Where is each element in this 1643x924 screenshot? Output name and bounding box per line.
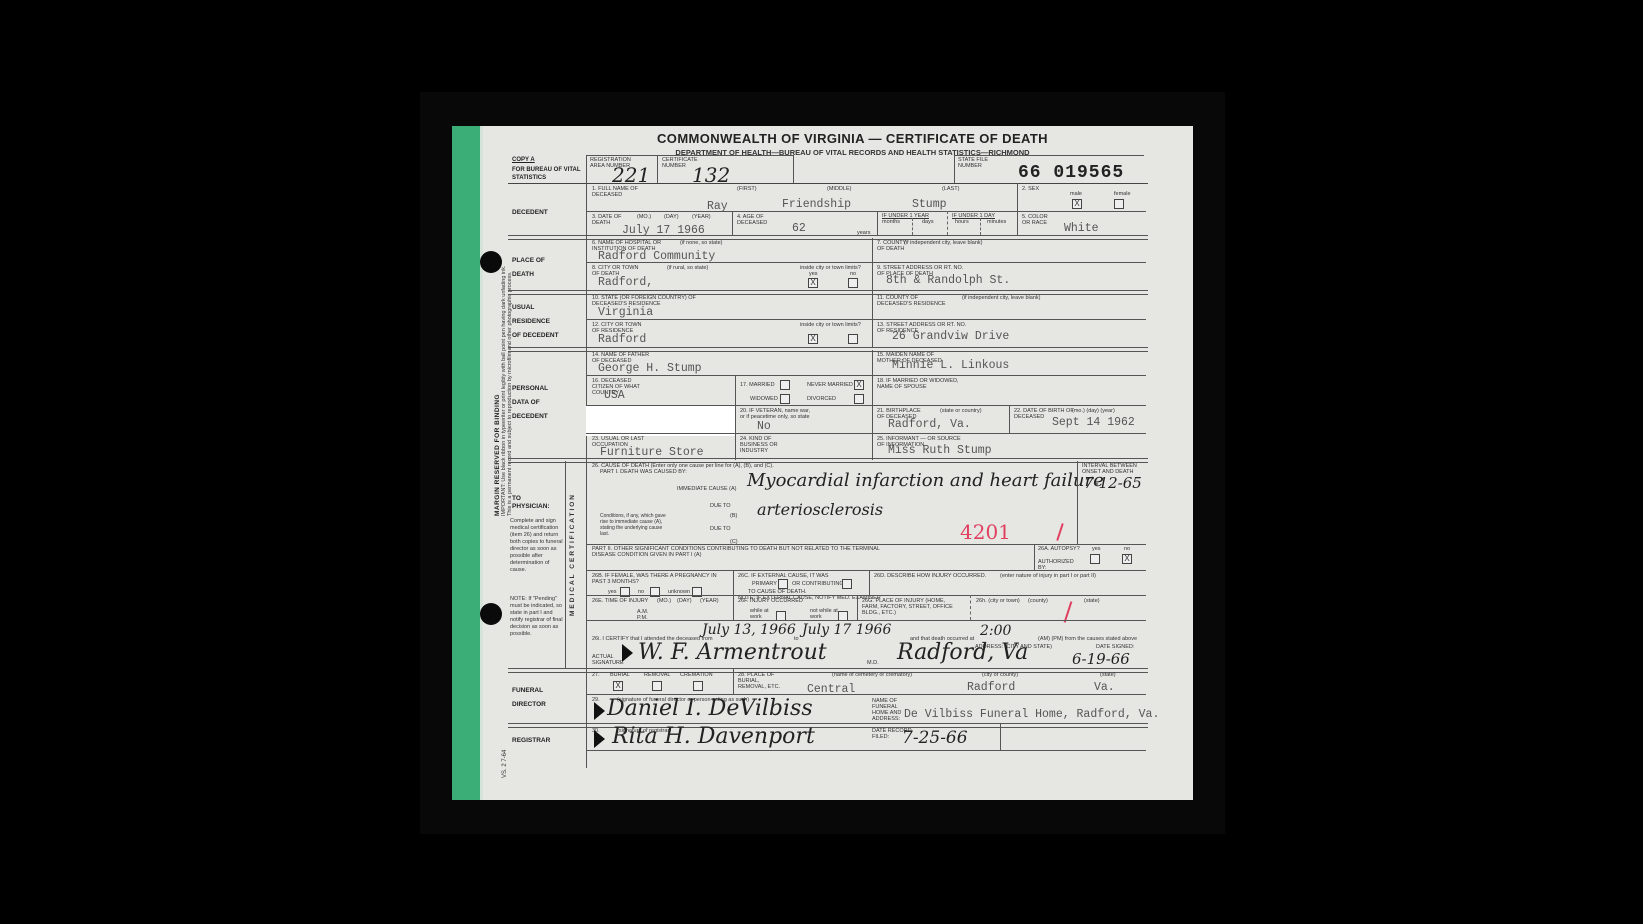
day-hint: (day): [664, 214, 679, 220]
registrar-signature: Rita H. Davenport: [612, 724, 815, 749]
state-file-label: STATE FILE NUMBER: [958, 157, 998, 169]
county-of-residence-hint: (if independent city, leave blank): [962, 295, 1040, 301]
section-funeral-director-2: DIRECTOR: [512, 698, 546, 712]
place-of-burial-label: 28. PLACE OF BURIAL, REMOVAL, ETC.: [738, 672, 783, 690]
death-inside-limits-no-checkbox[interactable]: [848, 278, 858, 288]
residence-inside-limits-no-checkbox[interactable]: [848, 334, 858, 344]
widowed-label: WIDOWED: [750, 396, 778, 402]
birthplace-hint: (state or country): [940, 408, 982, 414]
disposition-number: 27.: [592, 672, 600, 678]
sex-male-checkbox[interactable]: X: [1072, 199, 1082, 209]
not-while-at-work-label: not while at work: [810, 608, 840, 620]
race-label: 5. COLOR OR RACE: [1022, 214, 1052, 226]
injury-occurred-label: 26f. INJURY OCCURRED: [738, 598, 803, 604]
md-label: M.D.: [867, 660, 879, 666]
death-certificate: MARGIN RESERVED FOR BINDING IMPORTANT: U…: [452, 126, 1193, 800]
state-file-number: 66 019565: [1018, 163, 1124, 183]
county-of-death-hint: (if independent city, leave blank): [904, 240, 982, 246]
birthplace-value: Radford, Va.: [888, 418, 971, 431]
married-checkbox[interactable]: [780, 380, 790, 390]
business-label: 24. KIND OF BUSINESS OR INDUSTRY: [740, 436, 800, 454]
pregnancy-label: 26b. IF FEMALE, WAS THERE A PREGNANCY IN…: [592, 573, 727, 585]
sex-label: 2. SEX: [1022, 186, 1039, 192]
physician-address-value: Radford, Va: [897, 640, 1028, 665]
widowed-checkbox[interactable]: [780, 394, 790, 404]
section-registrar: REGISTRAR: [512, 734, 550, 748]
interval-value: 7-12-65: [1084, 474, 1142, 492]
contributing-label: or CONTRIBUTING: [792, 581, 844, 587]
section-usual-residence-3: OF DECEDENT: [512, 329, 559, 343]
time-of-death-value: 2:00: [980, 623, 1011, 639]
immediate-cause-label: IMMEDIATE CAUSE (A): [677, 486, 737, 492]
injury-day-hint: (day): [677, 598, 692, 604]
year-hint: (year): [692, 214, 711, 220]
burial-state-hint: (state): [1100, 672, 1116, 678]
certificate-title: COMMONWEALTH OF VIRGINIA — CERTIFICATE O…: [452, 131, 1193, 146]
burial-city-hint: (city or county): [982, 672, 1018, 678]
funeral-home-value: De Vilbiss Funeral Home, Radford, Va.: [904, 708, 1159, 721]
section-personal-2: DATA OF: [512, 396, 540, 410]
section-place-of-death-2: DEATH: [512, 268, 534, 282]
county-of-death-label: 7. COUNTY OF DEATH: [877, 240, 907, 252]
death-inside-limits-yes-checkbox[interactable]: X: [808, 278, 818, 288]
date-of-birth-hint: (mo.) (day) (year): [1072, 408, 1115, 414]
cremation-label: CREMATION: [680, 672, 713, 678]
pending-note: NOTE: If "Pending" must be indicated, so…: [510, 596, 564, 638]
injury-city-label: 26h. (city or town): [976, 598, 1020, 604]
injury-description-label: 26d. DESCRIBE HOW INJURY OCCURRED.: [874, 573, 986, 579]
attended-from-value: July 13, 1966: [702, 622, 796, 638]
cause-code: 4201: [960, 520, 1011, 544]
veteran-value: No: [757, 420, 771, 433]
registrar-arrow-icon: [594, 730, 605, 748]
middle-name-hint: (middle): [827, 186, 851, 192]
spouse-label: 18. IF MARRIED OR WIDOWED, NAME OF SPOUS…: [877, 378, 967, 390]
director-signature: Daniel I. DeVilbiss: [607, 696, 813, 721]
part1-label: PART I. DEATH WAS CAUSED BY:: [600, 469, 687, 475]
form-number: VS. 2 7-64: [502, 750, 508, 778]
injury-year-hint: (year): [700, 598, 719, 604]
section-usual-residence-2: RESIDENCE: [512, 315, 550, 329]
director-arrow-icon: [594, 702, 605, 720]
section-funeral-director: FUNERAL: [512, 684, 543, 698]
primary-label: PRIMARY: [752, 581, 777, 587]
injury-state-hint: (state): [1084, 598, 1100, 604]
contributing-checkbox[interactable]: [842, 579, 852, 589]
date-filed-value: 7-25-66: [902, 728, 968, 748]
punch-hole-top: [480, 251, 502, 273]
state-of-residence-value: Virginia: [598, 306, 653, 319]
no-hint: no: [850, 271, 856, 277]
injury-description-hint: (enter nature of injury in part I or par…: [1000, 573, 1096, 579]
green-binding-strip: [452, 126, 480, 800]
yes-hint: yes: [809, 271, 818, 277]
middle-name-value: Friendship: [782, 198, 851, 211]
section-personal: PERSONAL: [512, 382, 548, 396]
am-pm-label: (AM) (PM) from the causes stated above: [1038, 636, 1137, 642]
autopsy-label: 26a. AUTOPSY?: [1038, 546, 1080, 552]
residence-inside-limits-label: inside city or town limits?: [800, 322, 861, 328]
due-to-b-label: DUE TO: [710, 503, 731, 509]
burial-checkbox[interactable]: X: [613, 681, 623, 691]
physician-signature: W. F. Armentrout: [638, 640, 827, 665]
margin-binding-text: MARGIN RESERVED FOR BINDING: [494, 316, 501, 516]
section-personal-3: DECEDENT: [512, 410, 548, 424]
hospital-hint: (if none, so state): [680, 240, 723, 246]
mother-value: Minnie L. Linkous: [892, 359, 1009, 372]
burial-state-value: Va.: [1094, 681, 1115, 694]
minutes-hint: minutes: [987, 219, 1006, 225]
place-of-injury-label: 26g. PLACE OF INJURY (home, farm, factor…: [862, 598, 957, 616]
copy-label: COPY A: [512, 156, 535, 164]
married-label: 17. MARRIED: [740, 382, 775, 388]
section-decedent: DECEDENT: [512, 206, 548, 220]
injury-mo-hint: (mo.): [657, 598, 671, 604]
cemetery-hint: (name of cemetery or crematory): [832, 672, 912, 678]
hours-hint: hours: [955, 219, 969, 225]
actual-signature-label: ACTUAL SIGNATURE: [592, 654, 622, 666]
margin-note: MARGIN RESERVED FOR BINDING IMPORTANT: U…: [494, 316, 513, 516]
redacted-field: [586, 406, 735, 436]
autopsy-yes-checkbox[interactable]: [1090, 554, 1100, 564]
immediate-cause-value: Myocardial infarction and heart failure: [747, 470, 1104, 491]
attended-to-value: July 17 1966: [802, 622, 891, 638]
county-of-residence-label: 11. COUNTY OF DECEASED'S RESIDENCE: [877, 295, 947, 307]
mo-hint: (mo.): [637, 214, 651, 220]
race-value: White: [1064, 222, 1099, 235]
burial-city-value: Radford: [967, 681, 1015, 694]
signature-arrow-icon: [622, 644, 633, 662]
section-usual-residence: USUAL: [512, 301, 534, 315]
age-label: 4. AGE OF DECEASED: [737, 214, 777, 226]
time-of-injury-label: 26e. TIME OF INJURY: [592, 598, 648, 604]
months-hint: months: [882, 219, 900, 225]
injury-county-hint: (county): [1028, 598, 1048, 604]
punch-hole-bottom: [480, 603, 502, 625]
primary-checkbox[interactable]: [778, 579, 788, 589]
cremation-checkbox[interactable]: [693, 681, 703, 691]
burial-label: BURIAL: [610, 672, 630, 678]
first-name-hint: (first): [737, 186, 757, 192]
due-to-c-label: DUE TO: [710, 526, 731, 532]
male-label: male: [1070, 191, 1082, 197]
part2-label: PART II. OTHER SIGNIFICANT CONDITIONS CO…: [592, 546, 892, 558]
city-of-residence-value: Radford: [598, 333, 646, 346]
autopsy-yes-hint: yes: [1092, 546, 1101, 552]
autopsy-no-checkbox[interactable]: X: [1122, 554, 1132, 564]
days-hint: days: [922, 219, 934, 225]
copy-for-label: FOR BUREAU OF VITAL STATISTICS: [512, 166, 582, 182]
city-of-death-hint: (if rural, so state): [667, 265, 708, 271]
removal-label: REMOVAL: [644, 672, 671, 678]
never-married-label: NEVER MARRIED: [807, 382, 853, 388]
age-value: 62: [792, 222, 806, 235]
street-of-death-value: 8th & Randolph St.: [886, 274, 1010, 287]
street-of-residence-value: 26 Grandviw Drive: [892, 330, 1009, 343]
informant-value: Miss Ruth Stump: [888, 444, 992, 457]
female-label: female: [1114, 191, 1131, 197]
last-name-value: Stump: [912, 198, 947, 211]
cause-b-value: arteriosclerosis: [757, 500, 883, 519]
physician-note: Complete and sign medical certification …: [510, 518, 564, 574]
last-name-hint: (last): [942, 186, 959, 192]
conditions-note: Conditions, if any, which gave rise to i…: [600, 513, 670, 537]
residence-inside-limits-yes-checkbox[interactable]: X: [808, 334, 818, 344]
section-place-of-death: PLACE OF: [512, 254, 545, 268]
full-name-label: 1. FULL NAME OF DECEASED: [592, 186, 652, 198]
citizenship-value: USA: [604, 389, 625, 402]
date-signed-value: 6-19-66: [1072, 650, 1130, 668]
divorced-label: DIVORCED: [807, 396, 836, 402]
city-of-death-value: Radford,: [598, 276, 653, 289]
sex-female-checkbox[interactable]: [1114, 199, 1124, 209]
date-of-birth-value: Sept 14 1962: [1052, 416, 1135, 429]
red-slash-mark-2: [1056, 523, 1063, 541]
b-marker: (B): [730, 513, 737, 519]
divorced-checkbox[interactable]: [854, 394, 864, 404]
removal-checkbox[interactable]: [652, 681, 662, 691]
medical-certification-label: MEDICAL CERTIFICATION: [569, 493, 576, 616]
never-married-checkbox[interactable]: X: [854, 380, 864, 390]
father-value: George H. Stump: [598, 362, 702, 375]
section-to-physician-2: PHYSICIAN:: [512, 502, 550, 512]
autopsy-no-hint: no: [1124, 546, 1130, 552]
veteran-label: 20. IF VETERAN, name war, or if peacetim…: [740, 408, 810, 420]
